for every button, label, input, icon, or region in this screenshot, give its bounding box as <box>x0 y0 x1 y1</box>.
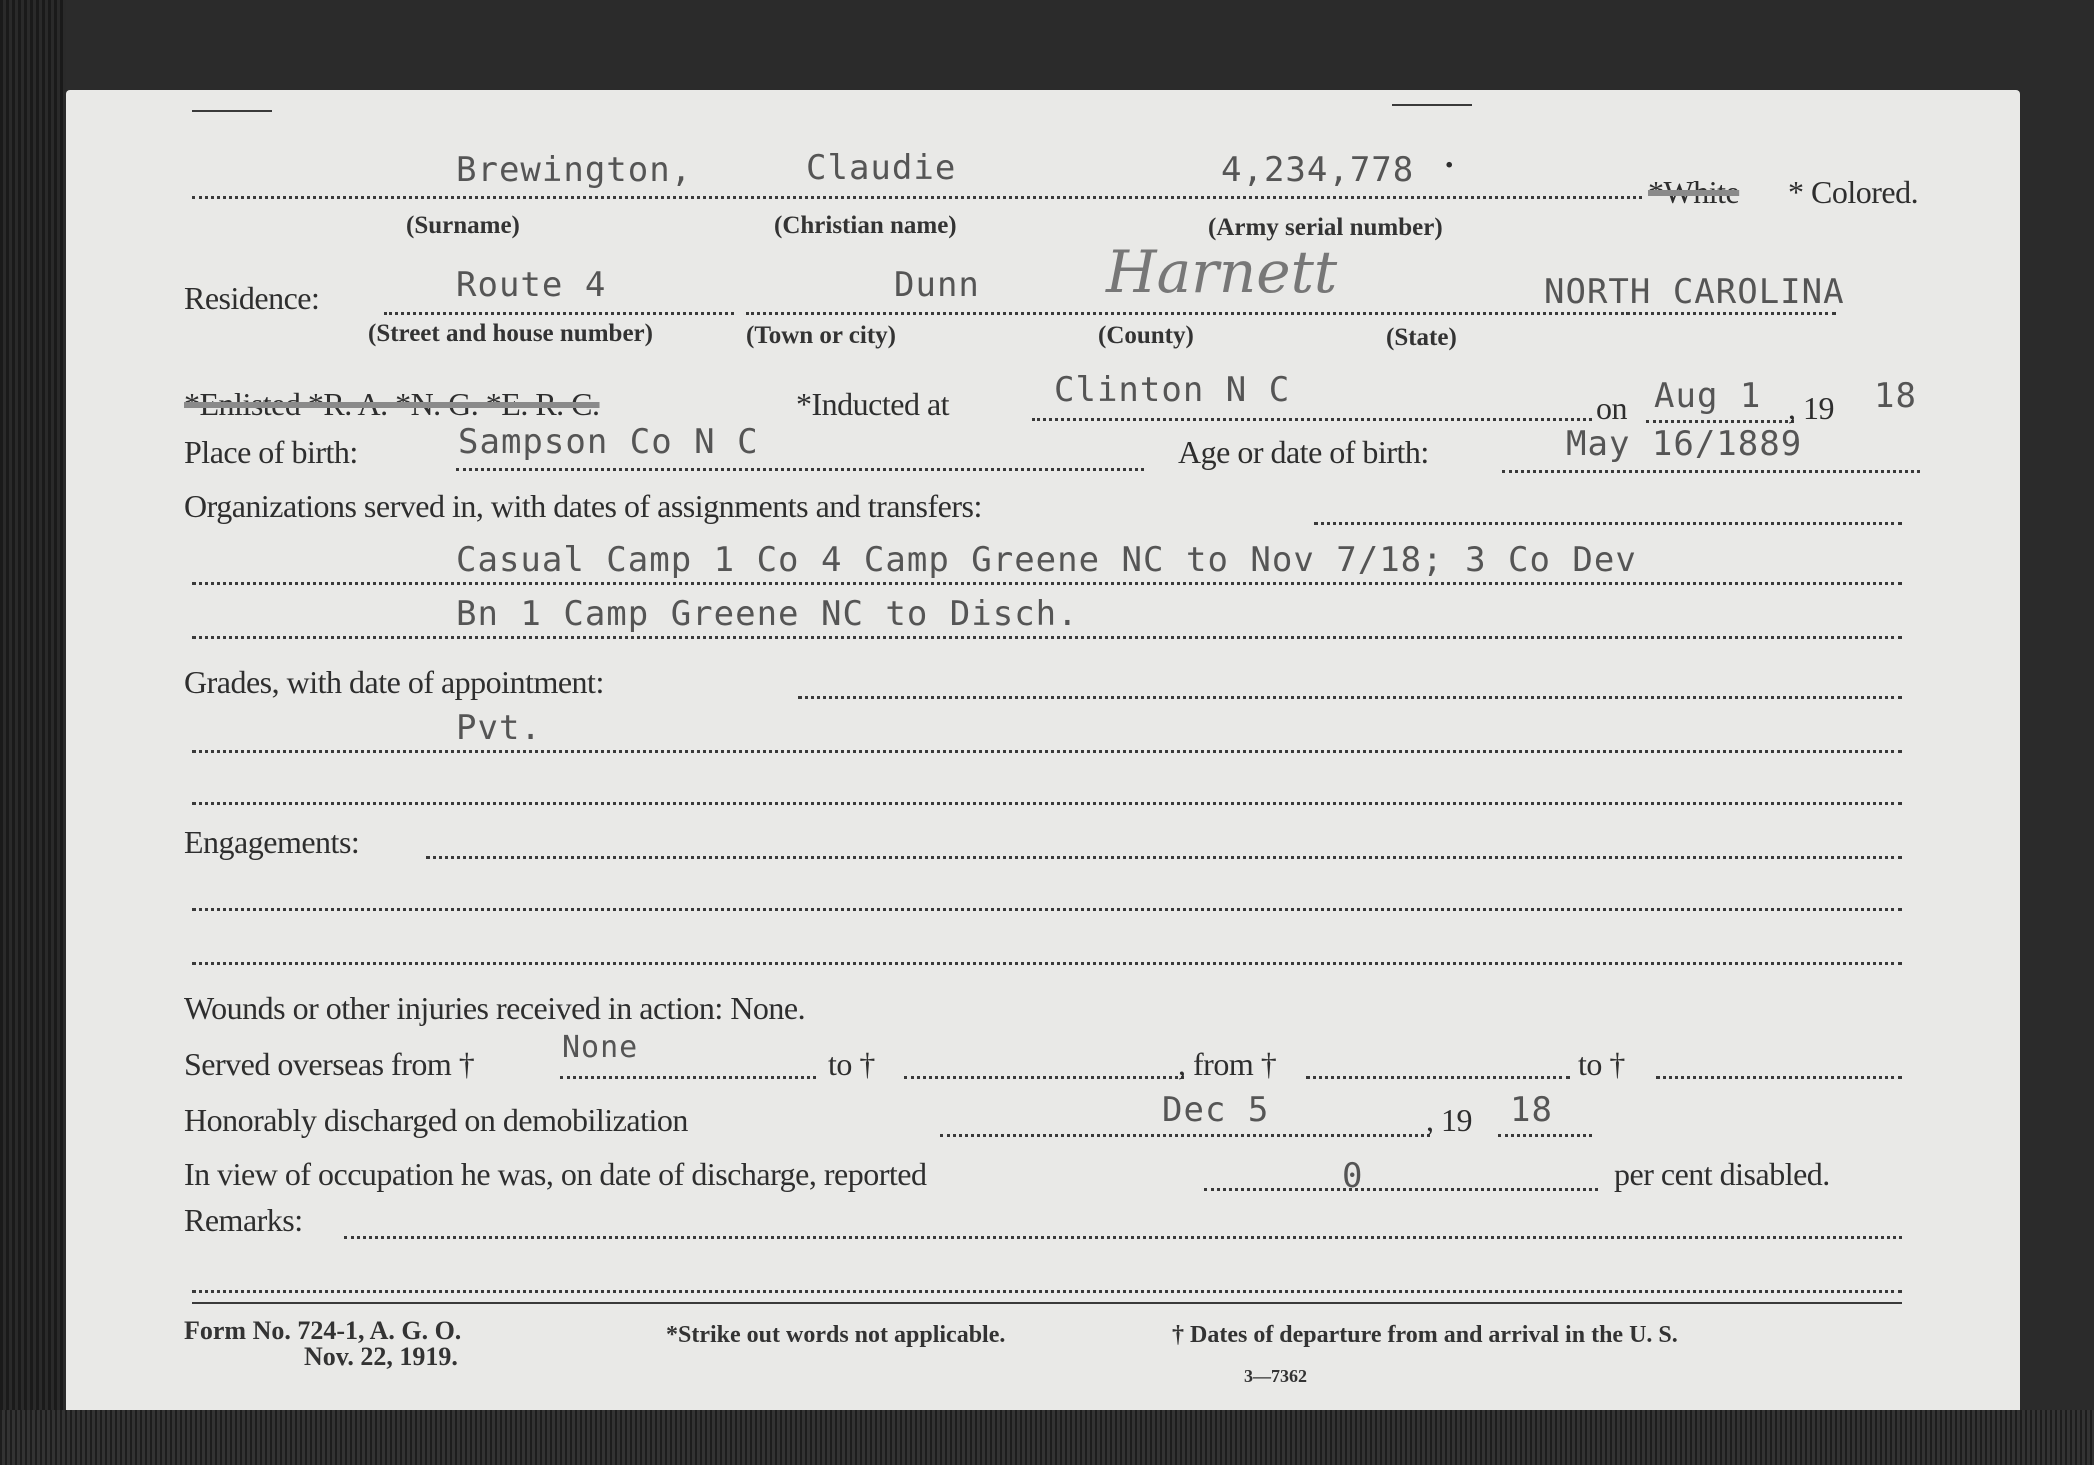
organizations-line-1-text: Casual Camp 1 Co 4 Camp Greene NC to Nov… <box>456 540 1637 580</box>
name-line <box>192 196 1642 199</box>
town-county-line <box>746 312 1624 315</box>
overseas-to2-label: to † <box>1578 1046 1625 1083</box>
inducted-at-label: *Inducted at <box>796 386 949 423</box>
footnote-dates: † Dates of departure from and arrival in… <box>1172 1322 1678 1349</box>
discharge-year-prefix: , 19 <box>1426 1102 1472 1139</box>
overseas-from-line <box>560 1076 816 1079</box>
form-date: Nov. 22, 1919. <box>304 1342 458 1372</box>
place-of-birth-line <box>456 468 1144 471</box>
serial-number-value: 4,234,778 <box>1221 150 1414 190</box>
overseas-from-value: None <box>562 1030 638 1065</box>
discharge-year-line <box>1498 1134 1592 1137</box>
date-of-birth-line <box>1502 470 1920 473</box>
race-colored: * Colored. <box>1788 174 1918 211</box>
discharge-date-value: Dec 5 <box>1162 1090 1269 1130</box>
inducted-place-value: Clinton N C <box>1054 370 1290 410</box>
discharge-year-value: 18 <box>1510 1090 1553 1130</box>
remarks-label: Remarks: <box>184 1202 303 1239</box>
print-code: 3—7362 <box>1244 1366 1307 1387</box>
county-caption: (County) <box>1098 322 1194 350</box>
induction-on-label: on <box>1596 390 1627 427</box>
inducted-place-line <box>1032 418 1592 421</box>
organizations-line-0 <box>1314 522 1902 525</box>
scan-background-left <box>0 0 66 1465</box>
grades-label: Grades, with date of appointment: <box>184 664 604 701</box>
state-line <box>1626 312 1836 315</box>
residence-label: Residence: <box>184 280 319 317</box>
christian-name-value: Claudie <box>806 148 956 188</box>
grades-value: Pvt. <box>456 708 542 748</box>
disability-suffix: per cent disabled. <box>1614 1156 1830 1193</box>
disability-label: In view of occupation he was, on date of… <box>184 1156 926 1193</box>
grades-line-2 <box>192 802 1902 805</box>
grades-line-1 <box>192 750 1902 753</box>
residence-county-handwritten: Harnett <box>1106 238 1337 306</box>
surname-caption: (Surname) <box>406 212 520 240</box>
residence-town-value: Dunn <box>894 265 980 305</box>
overseas-to2-line <box>1656 1076 1902 1079</box>
overseas-from2-label: , from † <box>1178 1046 1276 1083</box>
christian-name-caption: (Christian name) <box>774 212 957 240</box>
scan-background-bottom <box>0 1410 2094 1465</box>
street-caption: (Street and house number) <box>368 320 653 348</box>
disability-line <box>1204 1188 1598 1191</box>
town-caption: (Town or city) <box>746 322 896 350</box>
date-of-birth-value: May 16/1889 <box>1566 424 1802 464</box>
overseas-to-line <box>904 1076 1184 1079</box>
organizations-line-2-text: Bn 1 Camp Greene NC to Disch. <box>456 594 1079 634</box>
race-white-struck: *White <box>1648 174 1739 211</box>
service-record-card: . Brewington, Claudie 4,234,778 *White *… <box>66 90 2020 1410</box>
organizations-line-2 <box>192 636 1902 639</box>
footer-rule <box>192 1302 1902 1304</box>
remarks-line-1 <box>192 1290 1902 1293</box>
wounds-label: Wounds or other injuries received in act… <box>184 990 805 1027</box>
organizations-label: Organizations served in, with dates of a… <box>184 488 982 525</box>
induction-date-line <box>1646 420 1794 423</box>
card-number-dot: . <box>1444 140 1454 175</box>
discharge-date-line <box>940 1134 1430 1137</box>
induction-year-prefix: , 19 <box>1788 390 1834 427</box>
induction-year-value: 18 <box>1874 376 1917 416</box>
engagements-label: Engagements: <box>184 824 359 861</box>
top-left-mark <box>192 110 272 112</box>
overseas-to-label: to † <box>828 1046 875 1083</box>
discharge-label: Honorably discharged on demobilization <box>184 1102 688 1139</box>
induction-date-value: Aug 1 <box>1654 376 1761 416</box>
date-of-birth-label: Age or date of birth: <box>1178 434 1429 471</box>
place-of-birth-label: Place of birth: <box>184 434 358 471</box>
engagements-line-2 <box>192 962 1902 965</box>
footnote-strike: *Strike out words not applicable. <box>666 1322 1005 1349</box>
engagements-line-0 <box>426 856 1902 859</box>
residence-state-value: NORTH CAROLINA <box>1544 272 1845 312</box>
top-right-mark <box>1392 104 1472 106</box>
organizations-line-1 <box>192 582 1902 585</box>
enlistment-options-struck: *Enlisted *R. A. *N. G. *E. R. C. <box>184 386 600 423</box>
state-caption: (State) <box>1386 324 1457 352</box>
remarks-line-0 <box>344 1236 1902 1239</box>
grades-line-0 <box>798 696 1902 699</box>
residence-street-value: Route 4 <box>456 265 606 305</box>
overseas-from-label: Served overseas from † <box>184 1046 474 1083</box>
surname-value: Brewington, <box>456 150 692 190</box>
overseas-from2-line <box>1306 1076 1570 1079</box>
street-line <box>384 312 734 315</box>
place-of-birth-value: Sampson Co N C <box>458 422 759 462</box>
engagements-line-1 <box>192 908 1902 911</box>
